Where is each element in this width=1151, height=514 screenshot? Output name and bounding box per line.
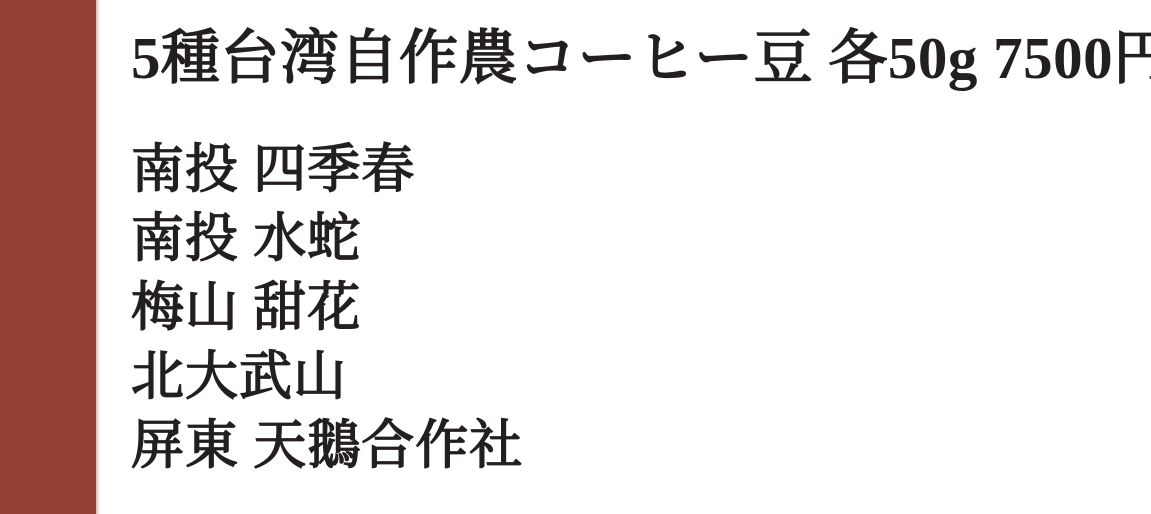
list-item: 南投 水蛇 [131, 205, 1141, 274]
product-card: 5種台湾自作農コーヒー豆 各50g 7500円 南投 四季春 南投 水蛇 梅山 … [0, 0, 1151, 514]
list-item: 梅山 甜花 [131, 274, 1141, 343]
accent-bar [0, 0, 96, 514]
list-item: 屏東 天鵝合作社 [131, 412, 1141, 481]
page-title: 5種台湾自作農コーヒー豆 各50g 7500円 [131, 0, 1141, 89]
accent-bar-edge [96, 0, 100, 514]
product-list: 南投 四季春 南投 水蛇 梅山 甜花 北大武山 屏東 天鵝合作社 [131, 136, 1141, 481]
list-item: 北大武山 [131, 343, 1141, 412]
content-area: 5種台湾自作農コーヒー豆 各50g 7500円 南投 四季春 南投 水蛇 梅山 … [131, 0, 1141, 481]
list-item: 南投 四季春 [131, 136, 1141, 205]
